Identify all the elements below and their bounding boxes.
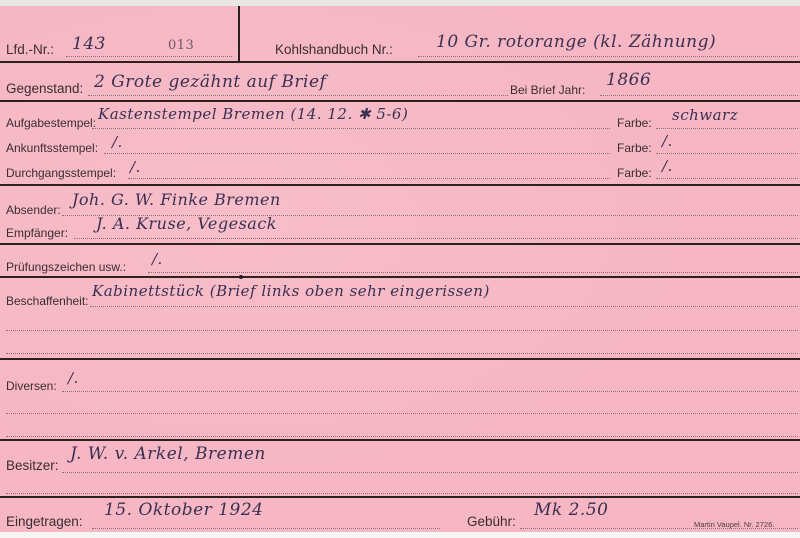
ankunftsstempel-label: Ankunftsstempel: — [6, 141, 98, 155]
kohlshandbuch-label: Kohlshandbuch Nr.: — [275, 42, 393, 57]
rule-1 — [0, 61, 800, 63]
lfd-nr-value[interactable]: 143 — [72, 34, 106, 54]
aufgabestempel-farbe-label: Farbe: — [617, 116, 652, 130]
empfaenger-label: Empfänger: — [6, 226, 68, 240]
jahr-dotted-line — [600, 95, 798, 96]
printer-mark: Martin Vaupel. Nr. 2726. — [694, 520, 774, 529]
pruefungszeichen-dotted-line — [148, 272, 798, 273]
rule-4 — [0, 243, 800, 245]
ankunftsstempel-farbe-value[interactable]: /. — [662, 132, 673, 150]
empfaenger-value[interactable]: J. A. Kruse, Vegesack — [96, 214, 277, 233]
besitzer-dotted-line-2 — [6, 493, 798, 494]
ankunftsstempel-value[interactable]: /. — [112, 133, 123, 151]
rule-2 — [0, 100, 800, 102]
aufgabestempel-value[interactable]: Kastenstempel Bremen (14. 12. ✱ 5-6) — [98, 105, 408, 123]
kohlshandbuch-value[interactable]: 10 Gr. rotorange (kl. Zähnung) — [436, 32, 716, 52]
ankunftsstempel-farbe-label: Farbe: — [617, 141, 652, 155]
eingetragen-dotted-line — [92, 528, 440, 529]
kohlshandbuch-dotted-line — [418, 56, 798, 57]
diversen-value[interactable]: /. — [68, 369, 79, 387]
rule-7 — [0, 439, 800, 441]
gegenstand-label: Gegenstand: — [6, 81, 83, 96]
ankunftsstempel-dotted-line — [104, 153, 610, 154]
eingetragen-label: Eingetragen: — [6, 514, 83, 529]
besitzer-label: Besitzer: — [6, 458, 59, 473]
rule-junction-dot — [239, 275, 243, 279]
beschaffenheit-label: Beschaffenheit: — [6, 294, 89, 308]
bei-brief-jahr-value[interactable]: 1866 — [606, 70, 651, 90]
eingetragen-value[interactable]: 15. Oktober 1924 — [104, 500, 263, 520]
pruefungszeichen-value[interactable]: /. — [152, 250, 163, 268]
besitzer-value[interactable]: J. W. v. Arkel, Bremen — [70, 444, 266, 464]
lfd-nr-dotted-line — [66, 56, 232, 57]
besitzer-dotted-line — [62, 472, 798, 473]
gegenstand-dotted-line — [88, 95, 508, 96]
durchgangsstempel-farbe-value[interactable]: /. — [662, 157, 673, 175]
empfaenger-dotted-line — [74, 238, 798, 239]
absender-label: Absender: — [6, 203, 61, 217]
diversen-dotted-line — [62, 391, 798, 392]
ankunftsstempel-farbe-dotted-line — [656, 153, 798, 154]
diversen-dotted-line-3 — [6, 436, 798, 437]
durchgangsstempel-dotted-line — [128, 178, 610, 179]
header-divider — [238, 6, 240, 61]
gebuehr-label: Gebühr: — [467, 514, 516, 529]
beschaffenheit-dotted-line-3 — [6, 353, 798, 354]
lfd-nr-pencil-note[interactable]: 013 — [168, 38, 194, 53]
aufgabestempel-farbe-value[interactable]: schwarz — [672, 106, 738, 124]
rule-6 — [0, 358, 800, 360]
lfd-nr-label: Lfd.-Nr.: — [6, 42, 54, 57]
durchgangsstempel-label: Durchgangsstempel: — [6, 166, 116, 180]
aufgabestempel-farbe-dotted-line — [656, 128, 798, 129]
rule-8 — [0, 496, 800, 498]
diversen-dotted-line-2 — [6, 413, 798, 414]
absender-value[interactable]: Joh. G. W. Finke Bremen — [72, 190, 281, 209]
rule-3 — [0, 184, 800, 186]
diversen-label: Diversen: — [6, 379, 57, 393]
aufgabestempel-dotted-line — [92, 128, 610, 129]
durchgangsstempel-farbe-dotted-line — [656, 178, 798, 179]
collector-record-card: Lfd.-Nr.: 143 013 Kohlshandbuch Nr.: 10 … — [0, 6, 800, 532]
beschaffenheit-dotted-line — [90, 306, 798, 307]
pruefungszeichen-label: Prüfungszeichen usw.: — [6, 260, 126, 274]
gebuehr-value[interactable]: Mk 2.50 — [534, 500, 608, 520]
beschaffenheit-value[interactable]: Kabinettstück (Brief links oben sehr ein… — [92, 282, 490, 300]
rule-5 — [0, 276, 800, 278]
aufgabestempel-label: Aufgabestempel: — [6, 116, 96, 130]
durchgangsstempel-farbe-label: Farbe: — [617, 166, 652, 180]
gegenstand-value[interactable]: 2 Grote gezähnt auf Brief — [94, 72, 326, 92]
bei-brief-jahr-label: Bei Brief Jahr: — [510, 83, 585, 97]
durchgangsstempel-value[interactable]: /. — [130, 158, 141, 176]
beschaffenheit-dotted-line-2 — [6, 330, 798, 331]
